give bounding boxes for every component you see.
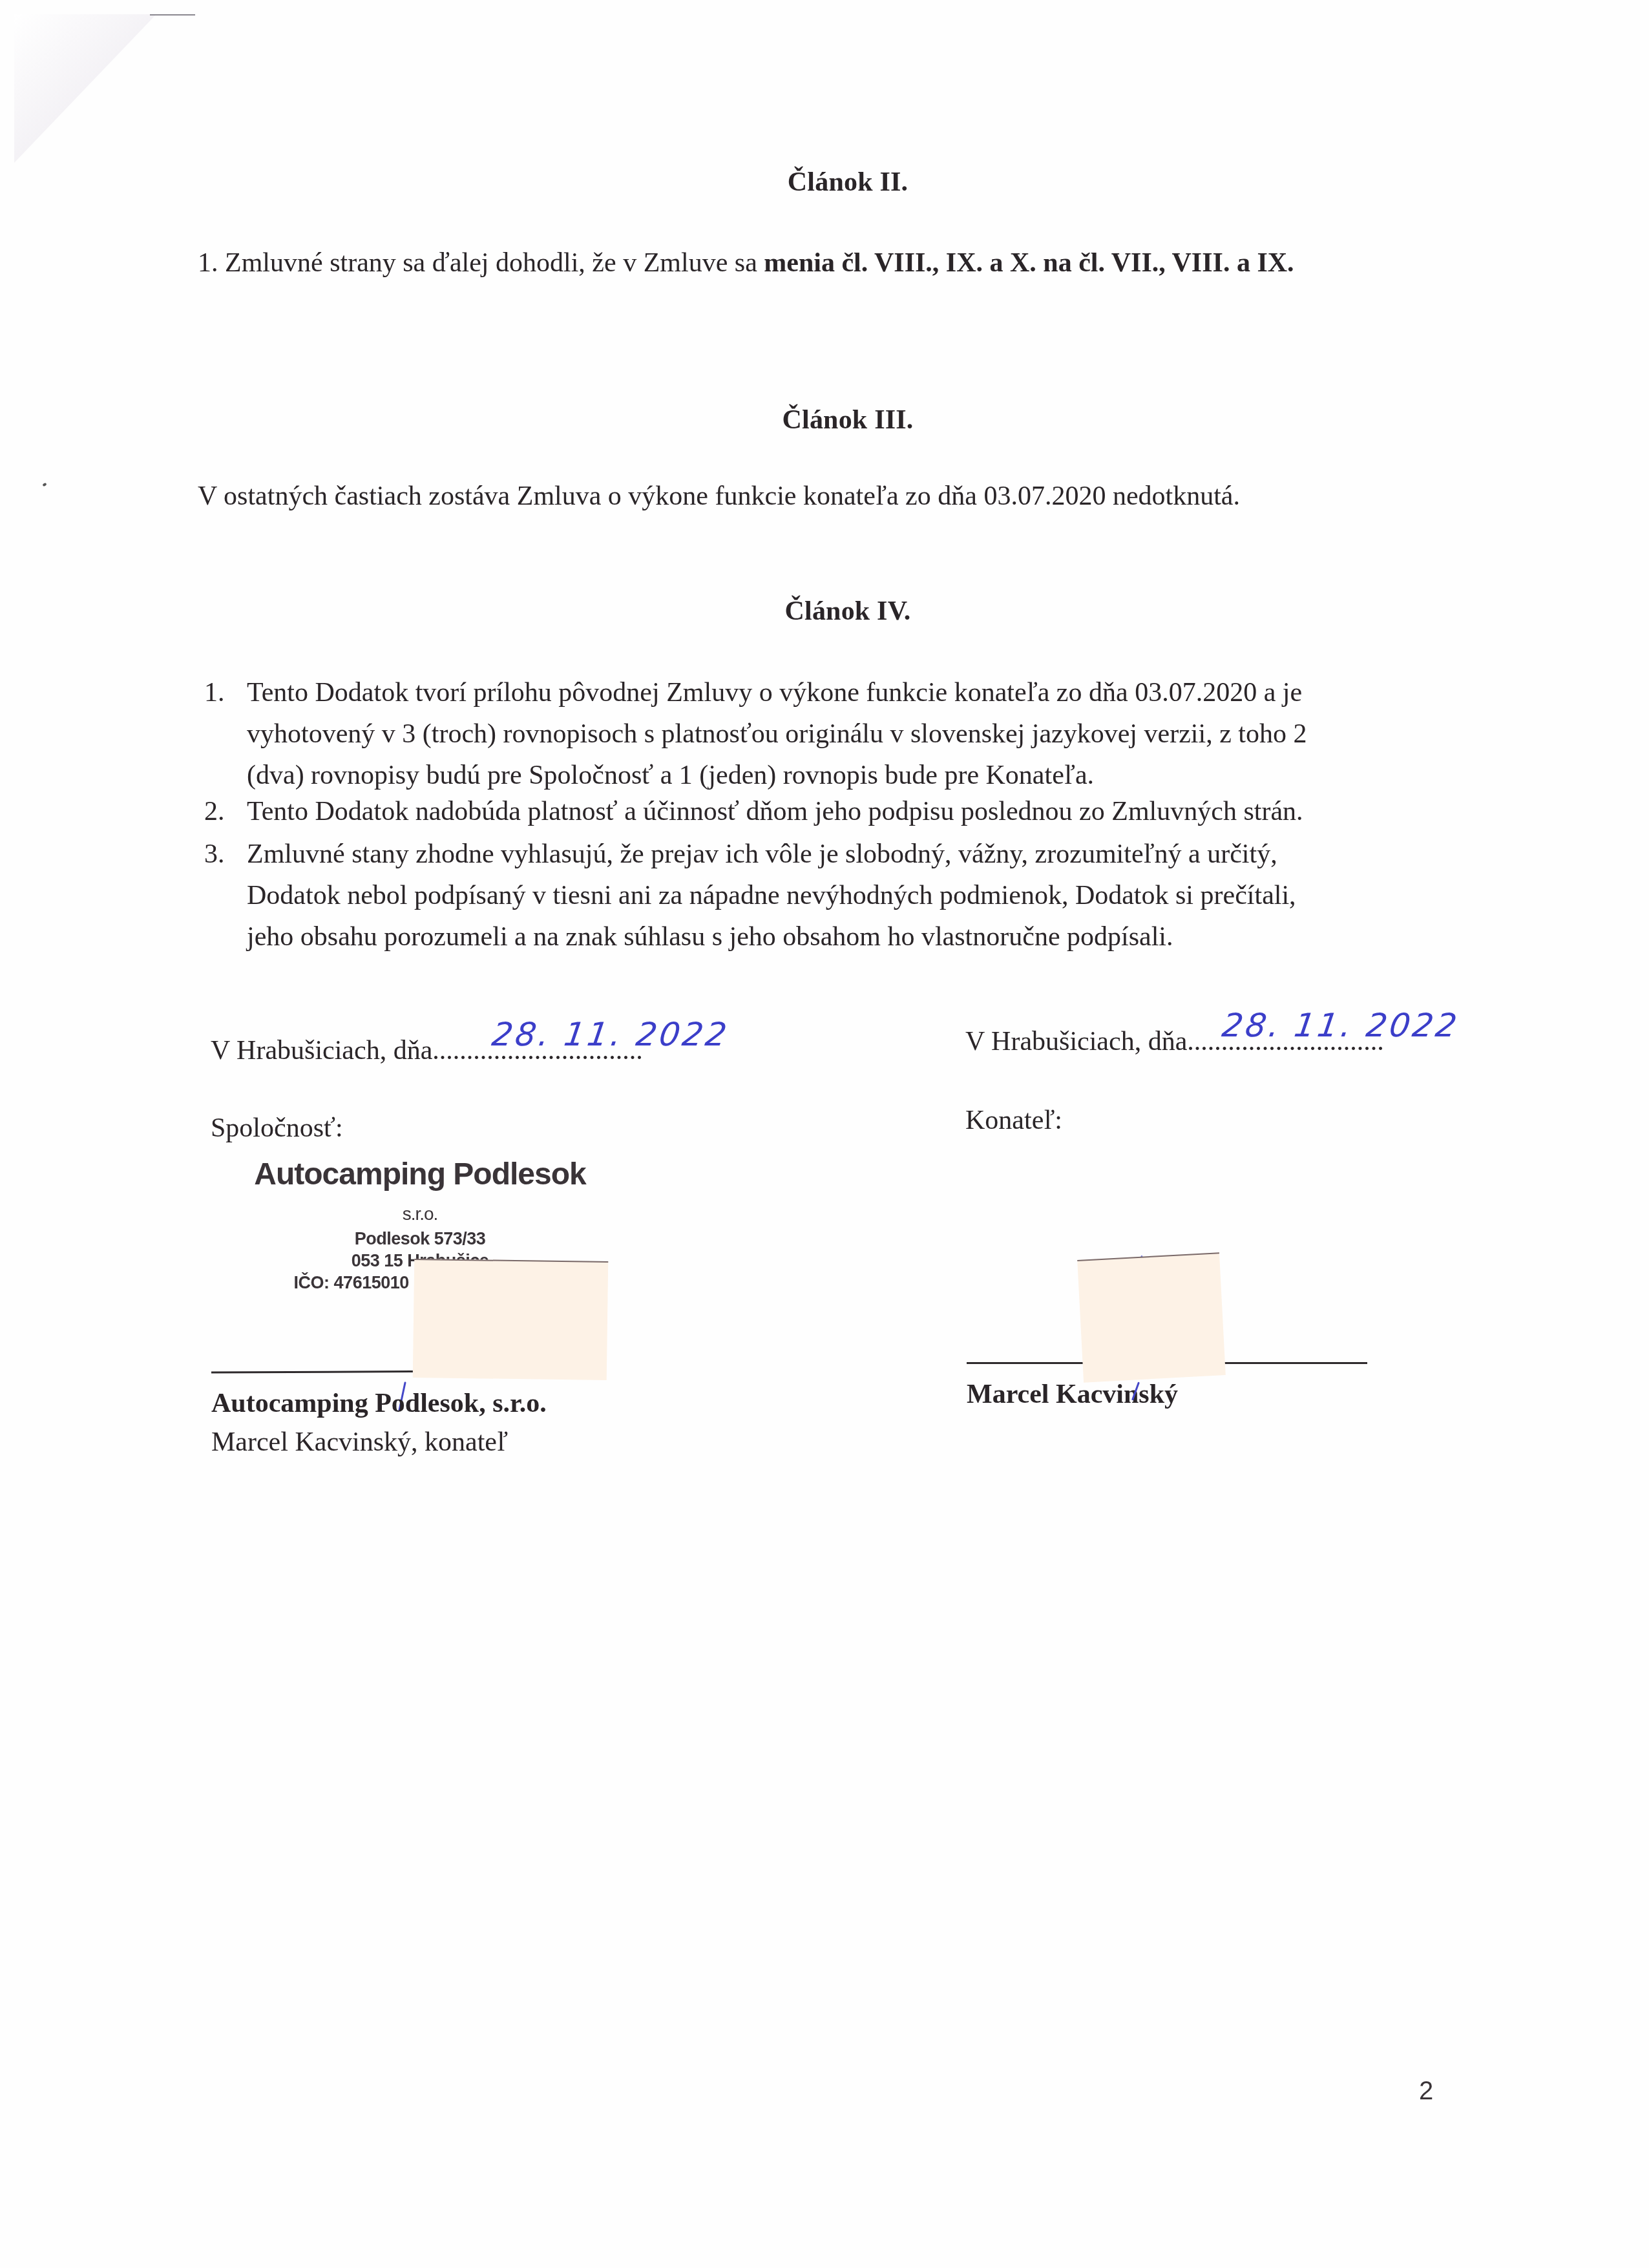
item-line: vyhotovený v 3 (troch) rovnopisoch s pla… xyxy=(247,713,1307,755)
document-page: Článok II. 1. Zmluvné strany sa ďalej do… xyxy=(0,0,1649,2268)
right-place-label: V Hrabušiciach, dňa xyxy=(965,1027,1187,1056)
folded-corner xyxy=(14,14,156,163)
page-number: 2 xyxy=(1419,2077,1433,2106)
item-line: Tento Dodatok nadobúda platnosť a účinno… xyxy=(247,791,1303,832)
item-number: 3. xyxy=(204,834,225,875)
item-number: 1. xyxy=(204,672,225,713)
scan-speck xyxy=(42,483,47,487)
article-2-paragraph: 1. Zmluvné strany sa ďalej dohodli, že v… xyxy=(198,242,1294,284)
left-signer-company: Autocamping Podlesok, s.r.o. xyxy=(211,1388,547,1419)
article-2-heading: Článok II. xyxy=(0,167,1649,198)
article-4-heading: Článok IV. xyxy=(0,596,1649,627)
right-party-label: Konateľ: xyxy=(965,1105,1062,1136)
left-redacted-signature xyxy=(413,1259,609,1380)
left-party-label: Spoločnosť: xyxy=(211,1113,343,1144)
folded-corner-edge xyxy=(150,14,195,16)
article-2-text: Zmluvné strany sa ďalej dohodli, že v Zm… xyxy=(225,248,764,278)
item-line: (dva) rovnopisy budú pre Spoločnosť a 1 … xyxy=(247,755,1094,796)
article-2-number: 1. xyxy=(198,248,218,278)
article-3-heading: Článok III. xyxy=(0,404,1649,436)
item-line: Dodatok nebol podpísaný v tiesni ani za … xyxy=(247,875,1296,916)
stamp-address-1: Podlesok 573/33 xyxy=(252,1228,588,1250)
right-handwritten-date: 28. 11. 2022 xyxy=(1220,1007,1462,1044)
left-signer-role: Marcel Kacvinský, konateľ xyxy=(211,1427,508,1458)
article-2-bold-text: menia čl. VIII., IX. a X. na čl. VII., V… xyxy=(764,248,1294,278)
right-signer-name: Marcel Kacvinský xyxy=(967,1379,1178,1410)
item-line: Zmluvné stany zhodne vyhlasujú, že preja… xyxy=(247,834,1277,875)
article-3-paragraph: V ostatných častiach zostáva Zmluva o vý… xyxy=(198,476,1240,517)
left-handwritten-date: 28. 11. 2022 xyxy=(490,1016,731,1053)
item-line: Tento Dodatok tvorí prílohu pôvodnej Zml… xyxy=(247,672,1302,713)
item-number: 2. xyxy=(204,791,225,832)
stamp-company-name: Autocamping Podlesok s.r.o. xyxy=(252,1157,588,1228)
right-redacted-signature xyxy=(1077,1252,1226,1382)
left-place-label: V Hrabušiciach, dňa xyxy=(211,1036,432,1066)
item-line: jeho obsahu porozumeli a na znak súhlasu… xyxy=(247,916,1173,958)
